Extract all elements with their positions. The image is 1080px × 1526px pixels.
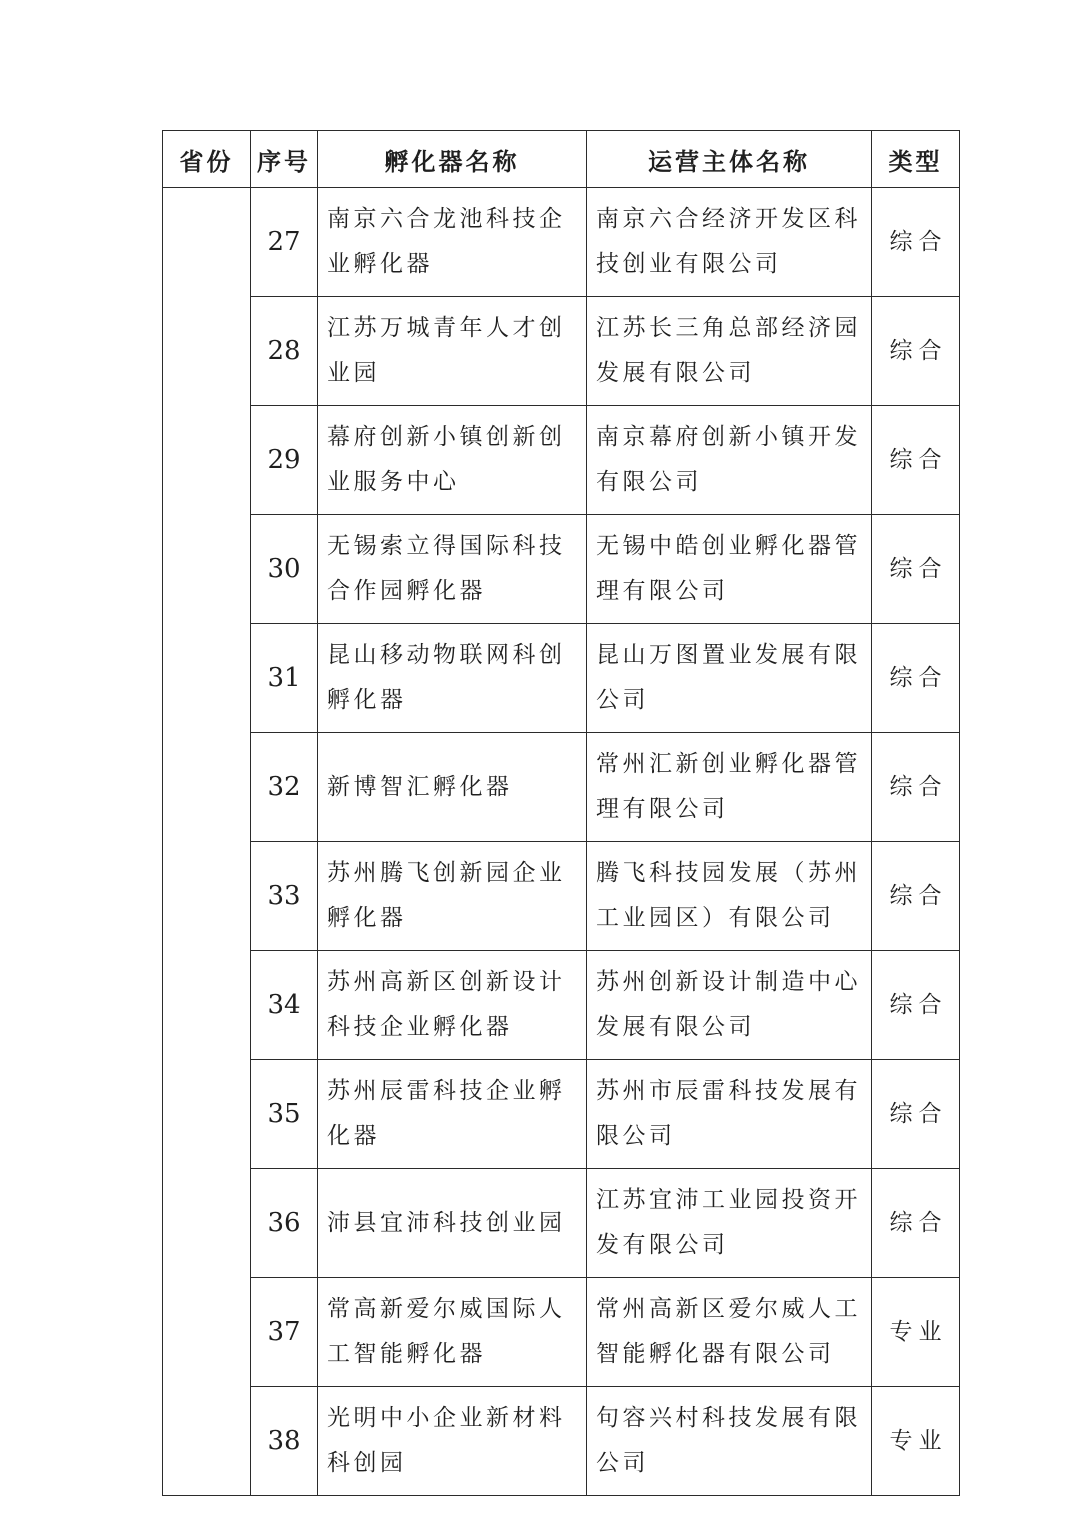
header-province: 省份 bbox=[163, 131, 251, 188]
incubator-name-cell: 昆山移动物联网科创孵化器 bbox=[318, 624, 587, 733]
table-row: 34 苏州高新区创新设计科技企业孵化器 苏州创新设计制造中心发展有限公司 综合 bbox=[163, 951, 960, 1060]
serial-cell: 27 bbox=[251, 188, 318, 297]
serial-cell: 35 bbox=[251, 1060, 318, 1169]
header-operator: 运营主体名称 bbox=[587, 131, 872, 188]
operator-name-cell: 江苏宜沛工业园投资开发有限公司 bbox=[587, 1169, 872, 1278]
incubator-name-cell: 苏州辰雷科技企业孵化器 bbox=[318, 1060, 587, 1169]
type-cell: 综合 bbox=[872, 951, 960, 1060]
incubator-name-cell: 江苏万城青年人才创业园 bbox=[318, 297, 587, 406]
province-cell bbox=[163, 188, 251, 1496]
incubator-name-cell: 苏州高新区创新设计科技企业孵化器 bbox=[318, 951, 587, 1060]
type-cell: 综合 bbox=[872, 406, 960, 515]
table-row: 36 沛县宜沛科技创业园 江苏宜沛工业园投资开发有限公司 综合 bbox=[163, 1169, 960, 1278]
operator-name-cell: 句容兴村科技发展有限公司 bbox=[587, 1387, 872, 1496]
header-type: 类型 bbox=[872, 131, 960, 188]
serial-cell: 37 bbox=[251, 1278, 318, 1387]
serial-cell: 38 bbox=[251, 1387, 318, 1496]
type-cell: 专业 bbox=[872, 1387, 960, 1496]
incubator-name-cell: 南京六合龙池科技企业孵化器 bbox=[318, 188, 587, 297]
incubator-name-cell: 苏州腾飞创新园企业孵化器 bbox=[318, 842, 587, 951]
header-incubator: 孵化器名称 bbox=[318, 131, 587, 188]
incubator-name-cell: 沛县宜沛科技创业园 bbox=[318, 1169, 587, 1278]
serial-cell: 30 bbox=[251, 515, 318, 624]
operator-name-cell: 腾飞科技园发展（苏州工业园区）有限公司 bbox=[587, 842, 872, 951]
incubator-table: 省份 序号 孵化器名称 运营主体名称 类型 27 南京六合龙池科技企业孵化器 南… bbox=[162, 130, 960, 1496]
serial-cell: 32 bbox=[251, 733, 318, 842]
operator-name-cell: 南京六合经济开发区科技创业有限公司 bbox=[587, 188, 872, 297]
incubator-name-cell: 新博智汇孵化器 bbox=[318, 733, 587, 842]
table-row: 29 幕府创新小镇创新创业服务中心 南京幕府创新小镇开发有限公司 综合 bbox=[163, 406, 960, 515]
header-row: 省份 序号 孵化器名称 运营主体名称 类型 bbox=[163, 131, 960, 188]
table-row: 38 光明中小企业新材料科创园 句容兴村科技发展有限公司 专业 bbox=[163, 1387, 960, 1496]
type-cell: 综合 bbox=[872, 1169, 960, 1278]
type-cell: 综合 bbox=[872, 624, 960, 733]
operator-name-cell: 昆山万图置业发展有限公司 bbox=[587, 624, 872, 733]
table-row: 37 常高新爱尔威国际人工智能孵化器 常州高新区爱尔威人工智能孵化器有限公司 专… bbox=[163, 1278, 960, 1387]
type-cell: 综合 bbox=[872, 733, 960, 842]
operator-name-cell: 常州高新区爱尔威人工智能孵化器有限公司 bbox=[587, 1278, 872, 1387]
incubator-name-cell: 无锡索立得国际科技合作园孵化器 bbox=[318, 515, 587, 624]
serial-cell: 28 bbox=[251, 297, 318, 406]
type-cell: 综合 bbox=[872, 1060, 960, 1169]
incubator-name-cell: 光明中小企业新材料科创园 bbox=[318, 1387, 587, 1496]
table-row: 32 新博智汇孵化器 常州汇新创业孵化器管理有限公司 综合 bbox=[163, 733, 960, 842]
operator-name-cell: 江苏长三角总部经济园发展有限公司 bbox=[587, 297, 872, 406]
serial-cell: 29 bbox=[251, 406, 318, 515]
operator-name-cell: 南京幕府创新小镇开发有限公司 bbox=[587, 406, 872, 515]
operator-name-cell: 苏州市辰雷科技发展有限公司 bbox=[587, 1060, 872, 1169]
serial-cell: 31 bbox=[251, 624, 318, 733]
document-page: 省份 序号 孵化器名称 运营主体名称 类型 27 南京六合龙池科技企业孵化器 南… bbox=[0, 0, 1080, 1526]
serial-cell: 33 bbox=[251, 842, 318, 951]
incubator-name-cell: 幕府创新小镇创新创业服务中心 bbox=[318, 406, 587, 515]
table-row: 35 苏州辰雷科技企业孵化器 苏州市辰雷科技发展有限公司 综合 bbox=[163, 1060, 960, 1169]
table-row: 27 南京六合龙池科技企业孵化器 南京六合经济开发区科技创业有限公司 综合 bbox=[163, 188, 960, 297]
serial-cell: 36 bbox=[251, 1169, 318, 1278]
table-row: 30 无锡索立得国际科技合作园孵化器 无锡中皓创业孵化器管理有限公司 综合 bbox=[163, 515, 960, 624]
type-cell: 综合 bbox=[872, 515, 960, 624]
type-cell: 专业 bbox=[872, 1278, 960, 1387]
table-row: 33 苏州腾飞创新园企业孵化器 腾飞科技园发展（苏州工业园区）有限公司 综合 bbox=[163, 842, 960, 951]
operator-name-cell: 无锡中皓创业孵化器管理有限公司 bbox=[587, 515, 872, 624]
table-row: 28 江苏万城青年人才创业园 江苏长三角总部经济园发展有限公司 综合 bbox=[163, 297, 960, 406]
serial-cell: 34 bbox=[251, 951, 318, 1060]
operator-name-cell: 苏州创新设计制造中心发展有限公司 bbox=[587, 951, 872, 1060]
type-cell: 综合 bbox=[872, 188, 960, 297]
operator-name-cell: 常州汇新创业孵化器管理有限公司 bbox=[587, 733, 872, 842]
table-row: 31 昆山移动物联网科创孵化器 昆山万图置业发展有限公司 综合 bbox=[163, 624, 960, 733]
incubator-name-cell: 常高新爱尔威国际人工智能孵化器 bbox=[318, 1278, 587, 1387]
header-serial: 序号 bbox=[251, 131, 318, 188]
type-cell: 综合 bbox=[872, 297, 960, 406]
type-cell: 综合 bbox=[872, 842, 960, 951]
